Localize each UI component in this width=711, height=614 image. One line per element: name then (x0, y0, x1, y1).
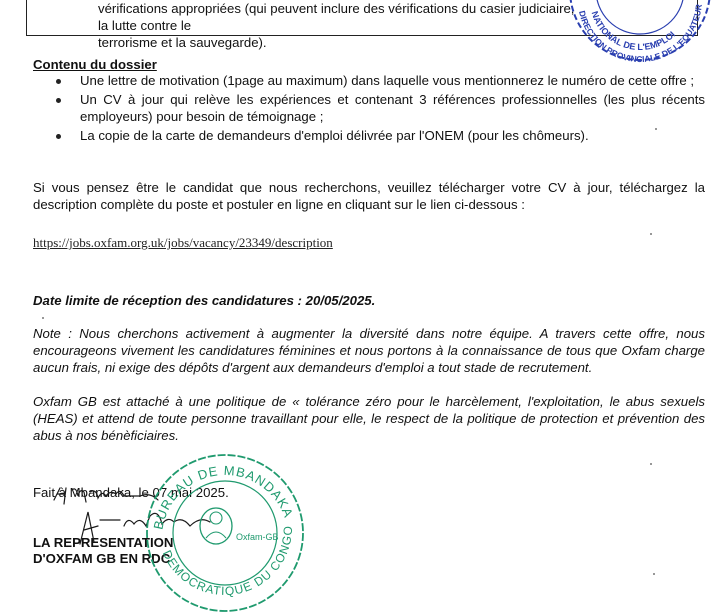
scan-speck (42, 317, 44, 319)
apply-paragraph: Si vous pensez être le candidat que nous… (33, 179, 705, 213)
dossier-list: Une lettre de motivation (1page au maxim… (50, 72, 705, 146)
list-item: Un CV à jour qui relève les expériences … (50, 91, 705, 125)
scan-speck (650, 463, 652, 465)
onem-stamp: NATIONAL DE L'EMPLOI DIRECTION PROVINCIA… (560, 0, 711, 70)
scan-speck (655, 128, 657, 130)
verification-box-text: vérifications appropriées (qui peuvent i… (98, 0, 578, 51)
stamp-center-text: Oxfam-GB (236, 532, 279, 542)
oxfam-stamp: BUREAU DE MBANDAKA DEMOCRATIQUE DU CONGO… (140, 448, 310, 614)
scan-speck (650, 233, 652, 235)
verification-line-1: vérifications appropriées (qui peuvent i… (98, 0, 578, 34)
vacancy-link[interactable]: https://jobs.oxfam.org.uk/jobs/vacancy/2… (33, 234, 333, 251)
scan-speck (653, 573, 655, 575)
verification-line-2: terrorisme et la sauvegarde). (98, 34, 578, 51)
deadline: Date limite de réception des candidature… (33, 292, 375, 309)
policy-paragraph: Oxfam GB est attaché à une politique de … (33, 393, 705, 444)
list-item: Une lettre de motivation (1page au maxim… (50, 72, 705, 89)
section-title-dossier: Contenu du dossier (33, 56, 157, 73)
diversity-note: Note : Nous cherchons activement à augme… (33, 325, 705, 376)
list-item: La copie de la carte de demandeurs d'emp… (50, 127, 705, 144)
